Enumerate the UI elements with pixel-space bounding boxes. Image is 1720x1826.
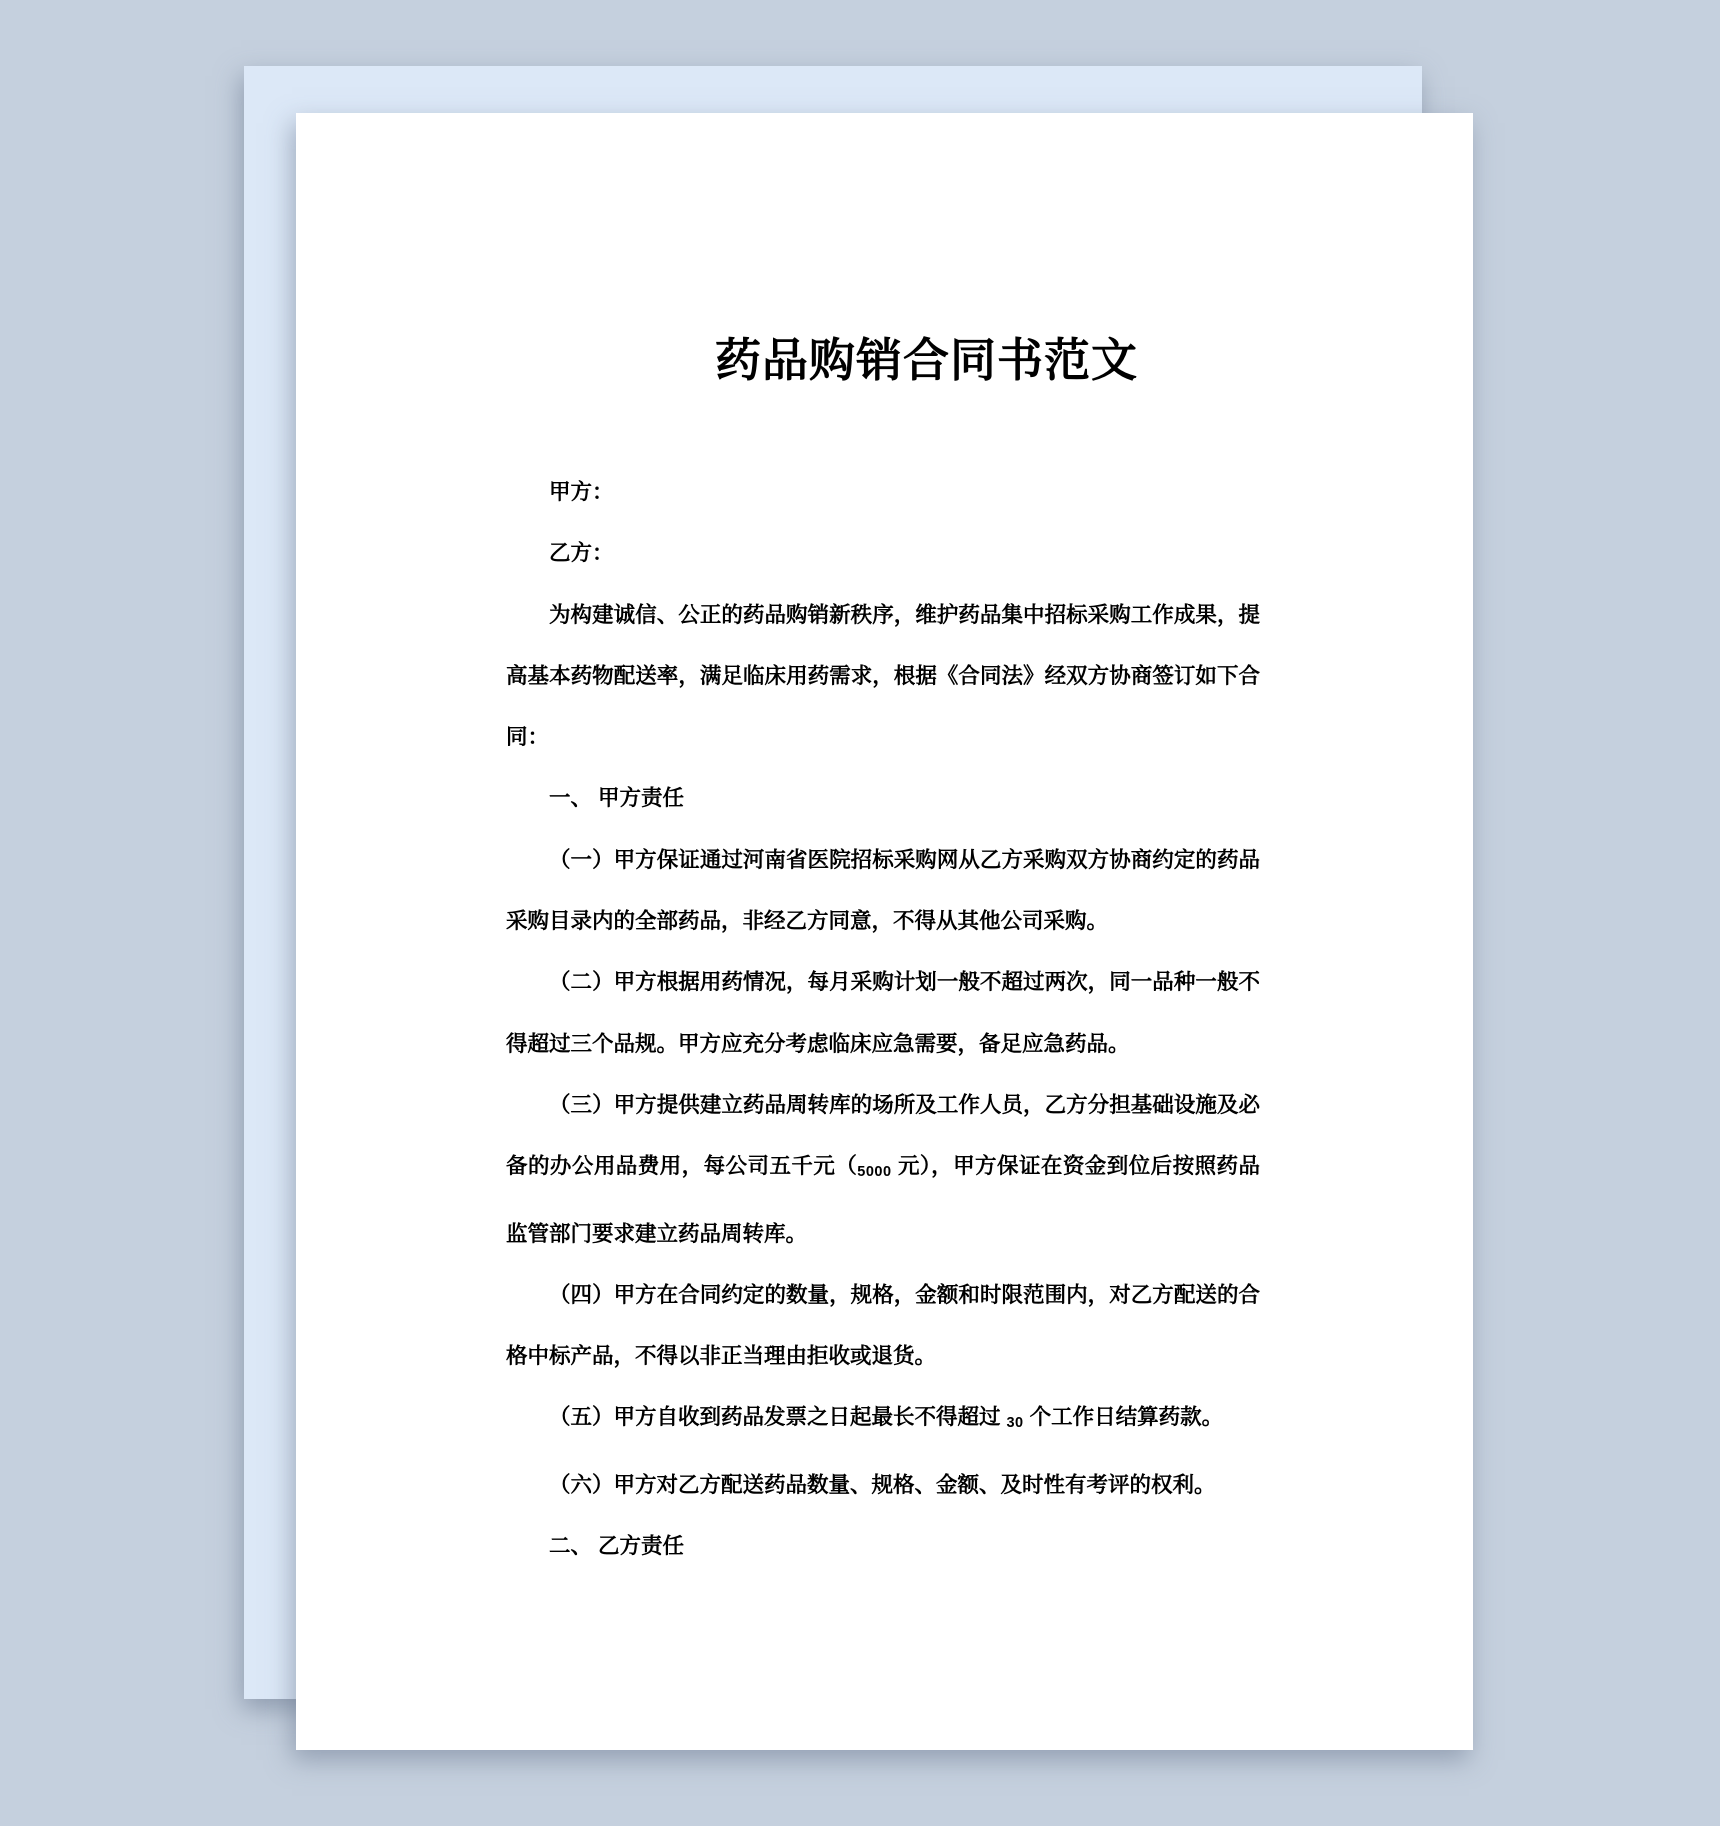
text-run: （五）甲方自收到药品发票之日起最长不得超过 [549, 1405, 1006, 1429]
desktop-background: 药品购销合同书范文 甲方：乙方：为构建诚信、公正的药品购销新秩序，维护药品集中招… [0, 0, 1720, 1826]
paragraph: （六）甲方对乙方配送药品数量、规格、金额、及时性有考评的权利。 [506, 1455, 1260, 1516]
text-run: 一、 甲方责任 [549, 786, 684, 810]
paragraph: 一、 甲方责任 [506, 768, 1260, 829]
paragraph: （四）甲方在合同约定的数量，规格，金额和时限范围内，对乙方配送的合格中标产品，不… [506, 1265, 1260, 1388]
paragraph: （三）甲方提供建立药品周转库的场所及工作人员，乙方分担基础设施及必备的办公用品费… [506, 1075, 1260, 1265]
paragraph: 为构建诚信、公正的药品购销新秩序，维护药品集中招标采购工作成果，提高基本药物配送… [506, 585, 1260, 769]
text-run: （一）甲方保证通过河南省医院招标采购网从乙方采购双方协商约定的药品采购目录内的全… [506, 848, 1260, 933]
paragraph: 二、 乙方责任 [506, 1516, 1260, 1577]
paragraph: 甲方： [506, 462, 1260, 523]
paragraph: （二）甲方根据用药情况，每月采购计划一般不超过两次，同一品种一般不得超过三个品规… [506, 952, 1260, 1075]
inline-number: 5000 [857, 1164, 891, 1180]
document-title: 药品购销合同书范文 [296, 335, 1473, 385]
text-run: 为构建诚信、公正的药品购销新秩序，维护药品集中招标采购工作成果，提高基本药物配送… [506, 603, 1260, 750]
paragraph: （五）甲方自收到药品发票之日起最长不得超过 30 个工作日结算药款。 [506, 1387, 1260, 1454]
contract-page: 药品购销合同书范文 甲方：乙方：为构建诚信、公正的药品购销新秩序，维护药品集中招… [296, 113, 1473, 1750]
paragraph: （一）甲方保证通过河南省医院招标采购网从乙方采购双方协商约定的药品采购目录内的全… [506, 830, 1260, 953]
text-run: 二、 乙方责任 [549, 1534, 684, 1558]
paragraph: 乙方： [506, 523, 1260, 584]
document-body: 甲方：乙方：为构建诚信、公正的药品购销新秩序，维护药品集中招标采购工作成果，提高… [506, 462, 1260, 1577]
text-run: （二）甲方根据用药情况，每月采购计划一般不超过两次，同一品种一般不得超过三个品规… [506, 970, 1260, 1055]
text-run: （四）甲方在合同约定的数量，规格，金额和时限范围内，对乙方配送的合格中标产品，不… [506, 1283, 1260, 1368]
text-run: 个工作日结算药款。 [1024, 1405, 1223, 1429]
text-run: （六）甲方对乙方配送药品数量、规格、金额、及时性有考评的权利。 [549, 1473, 1216, 1497]
text-run: 甲方： [549, 480, 614, 504]
inline-number: 30 [1006, 1415, 1023, 1431]
text-run: 乙方： [549, 541, 614, 565]
